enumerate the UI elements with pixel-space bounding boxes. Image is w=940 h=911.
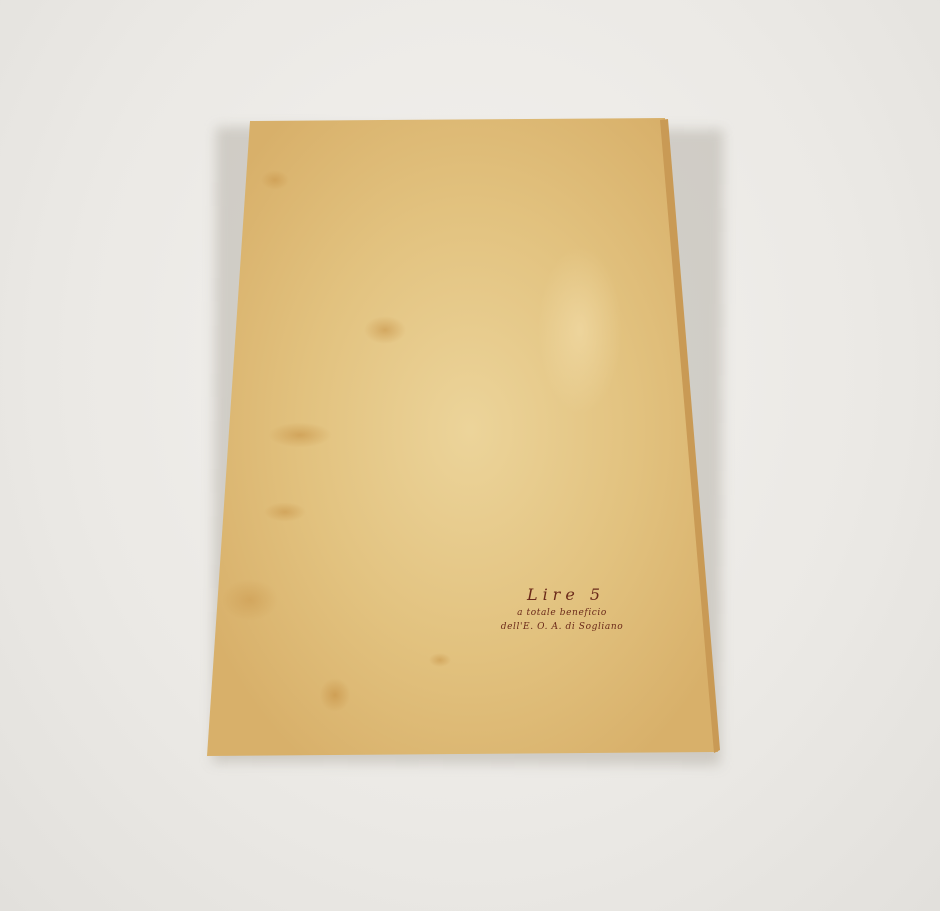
beneficiary-line-2: dell'E. O. A. di Sogliano [492,622,632,632]
price-label: Lire 5 a totale beneficio dell'E. O. A. … [492,585,632,632]
beneficiary-line-1: a totale beneficio [492,608,632,618]
booklet-back-cover [0,0,940,911]
price-text: Lire 5 [500,585,632,604]
booklet: Lire 5 a totale beneficio dell'E. O. A. … [0,0,940,911]
